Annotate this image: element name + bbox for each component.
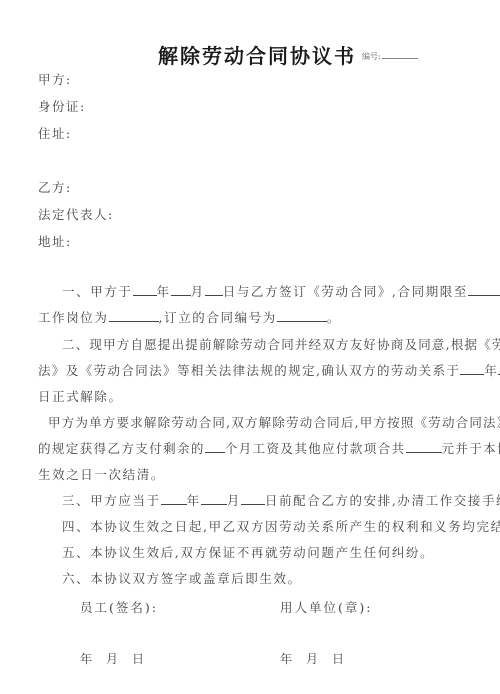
employer-seal-label: 用人单位(章): [280,598,372,616]
employee-date: 年月日 [80,650,158,667]
clause-text: 的规定获得乙方支付剩余的 [38,441,205,456]
party-b-address-label: 地址: [38,232,72,250]
party-a-address-label: 住址: [38,124,72,142]
blank-position[interactable] [109,309,159,322]
clause-1-line-1: 一、甲方于年月日与乙方签订《劳动合同》,合同期限至止, [62,282,500,300]
document-title: 解除劳动合同协议书 [158,40,356,69]
party-a-label: 甲方: [38,70,72,88]
date-year: 年 [80,652,92,666]
clause-1-line-2: 工作岗位为,订立的合同编号为。 [38,308,341,326]
clause-2-extra-line-1: 甲方为单方要求解除劳动合同,双方解除劳动合同后,甲方按照《劳动合同法》 [48,413,500,431]
date-month: 月 [106,652,118,666]
blank-day[interactable] [205,283,223,296]
clause-text: 日前配合乙方的安排,办清工作交接手续。 [265,493,500,508]
clause-text: 元并于本协议 [442,441,500,456]
party-b-legal-rep-label: 法定代表人: [38,205,114,223]
clause-text: 个月工资及其他应付款项合共 [225,441,406,456]
clause-3: 三、甲方应当于年月日前配合乙方的安排,办清工作交接手续。 [62,491,500,509]
employee-signature-label: 员工(签名): [80,598,158,616]
clause-2-line-3: 日正式解除。 [38,387,123,405]
clause-text: 日与乙方签订《劳动合同》,合同期限至 [223,284,468,299]
party-a-id-label: 身份证: [38,97,86,115]
blank-day[interactable] [241,492,265,505]
clause-2-extra-line-2: 的规定获得乙方支付剩余的个月工资及其他应付款项合共元并于本协议 [38,439,500,457]
blank-contract-number[interactable] [277,309,327,322]
date-year: 年 [280,652,292,666]
party-b-label: 乙方: [38,178,72,196]
blank-months-count[interactable] [205,440,225,453]
clause-text: 。 [327,310,341,325]
clause-text: 工作岗位为 [38,310,109,325]
clause-text: 三、甲方应当于 [62,493,161,508]
clause-text: 法》及《劳动合同法》等相关法律法规的规定,确认双方的劳动关系于 [38,363,460,378]
clause-text: 年 [187,493,201,508]
blank-month[interactable] [171,283,191,296]
blank-amount[interactable] [406,440,442,453]
clause-text: 一、甲方于 [62,284,133,299]
clause-text: 月 [227,493,241,508]
blank-contract-end[interactable] [468,283,500,296]
date-day: 日 [132,652,144,666]
date-month: 月 [306,652,318,666]
blank-month[interactable] [201,492,227,505]
blank-year[interactable] [161,492,187,505]
clause-2-line-1: 二、现甲方自愿提出提前解除劳动合同并经双方友好协商及同意,根据《劳动 [62,335,500,353]
date-day: 日 [332,652,344,666]
clause-2-extra-line-3: 生效之日一次结清。 [38,465,165,483]
blank-year[interactable] [460,362,484,375]
doc-number-blank[interactable] [382,58,418,59]
doc-number-label: 编号: [362,52,381,61]
clause-text: ,订立的合同编号为 [159,310,277,325]
clause-6: 六、本协议双方签字或盖章后即生效。 [62,569,302,587]
doc-number-field: 编号: [362,51,418,62]
employer-date: 年月日 [280,650,358,667]
blank-year[interactable] [133,283,157,296]
clause-4: 四、本协议生效之日起,甲乙双方因劳动关系所产生的权利和义务均完结。 [62,517,500,535]
clause-2-line-2: 法》及《劳动合同法》等相关法律法规的规定,确认双方的劳动关系于年月 [38,361,500,379]
clause-text: 月 [191,284,205,299]
clause-5: 五、本协议生效后,双方保证不再就劳动问题产生任何纠纷。 [62,543,434,561]
clause-text: 年 [157,284,171,299]
clause-text: 年 [484,363,498,378]
